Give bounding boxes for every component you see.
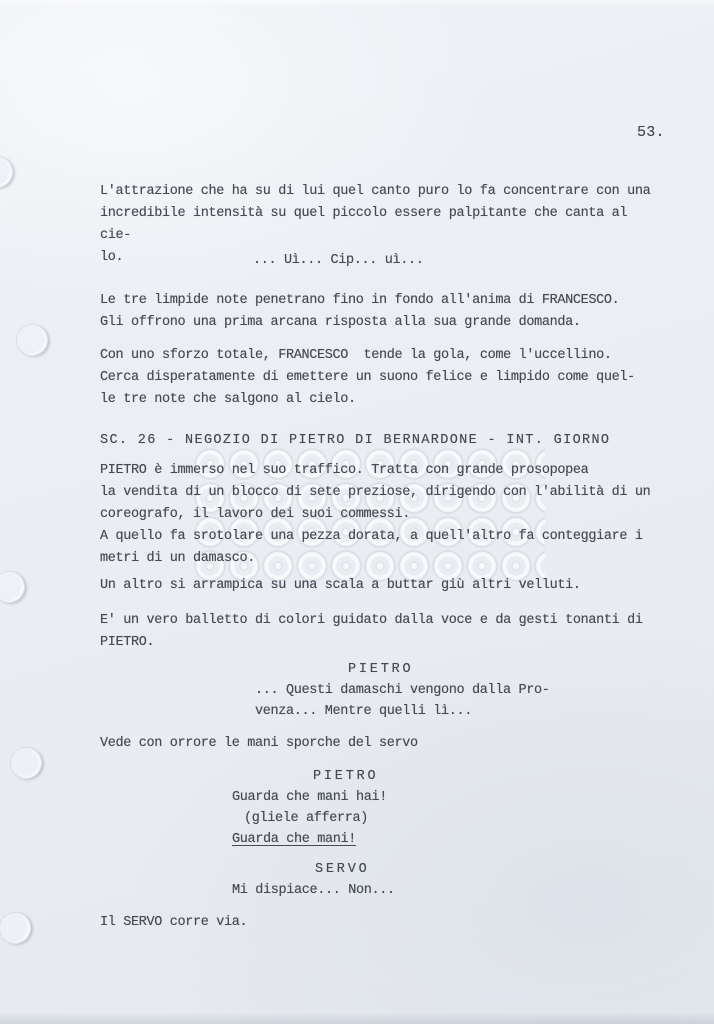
speaker-name: SERVO bbox=[315, 859, 370, 880]
punch-hole bbox=[10, 747, 42, 779]
dialogue-line: ... Questi damaschi vengono dalla Pro- bbox=[255, 680, 550, 701]
action-paragraph: Con uno sforzo totale, FRANCESCO tende l… bbox=[100, 345, 660, 411]
dialogue-block: PIETRO Guarda che mani hai! (gliele affe… bbox=[232, 766, 387, 850]
dialogue-parenthetical: (gliele afferra) bbox=[232, 808, 387, 829]
action-paragraph: E' un vero balletto di colori guidato da… bbox=[100, 610, 660, 654]
punch-hole bbox=[0, 571, 25, 603]
action-paragraph: Un altro si arrampica su una scala a but… bbox=[100, 575, 660, 597]
birdsong-line: ... Uì... Cip... uì... bbox=[253, 250, 424, 272]
action-paragraph: Vede con orrore le mani sporche del serv… bbox=[100, 733, 660, 755]
page-number: 53. bbox=[637, 122, 665, 144]
action-paragraph: Le tre limpide note penetrano fino in fo… bbox=[100, 290, 660, 334]
dialogue-line: venza... Mentre quelli lì... bbox=[255, 701, 550, 722]
dialogue-line: Mi dispiace... Non... bbox=[232, 880, 395, 901]
action-paragraph: PIETRO è immerso nel suo traffico. Tratt… bbox=[100, 460, 680, 570]
punch-hole bbox=[0, 912, 31, 944]
dialogue-block: PIETRO ... Questi damaschi vengono dalla… bbox=[255, 659, 550, 722]
dialogue-line: Guarda che mani hai! bbox=[232, 787, 387, 808]
speaker-name: PIETRO bbox=[313, 766, 378, 787]
dialogue-block: SERVO Mi dispiace... Non... bbox=[232, 859, 395, 901]
punch-hole bbox=[0, 156, 13, 188]
punch-hole bbox=[16, 324, 48, 356]
script-page: 53. L'attrazione che ha su di lui quel c… bbox=[0, 0, 714, 1024]
speaker-name: PIETRO bbox=[348, 659, 413, 680]
scene-heading: SC. 26 - NEGOZIO DI PIETRO DI BERNARDONE… bbox=[100, 430, 700, 452]
dialogue-line-underlined: Guarda che mani! bbox=[232, 829, 387, 850]
action-paragraph: Il SERVO corre via. bbox=[100, 912, 660, 934]
